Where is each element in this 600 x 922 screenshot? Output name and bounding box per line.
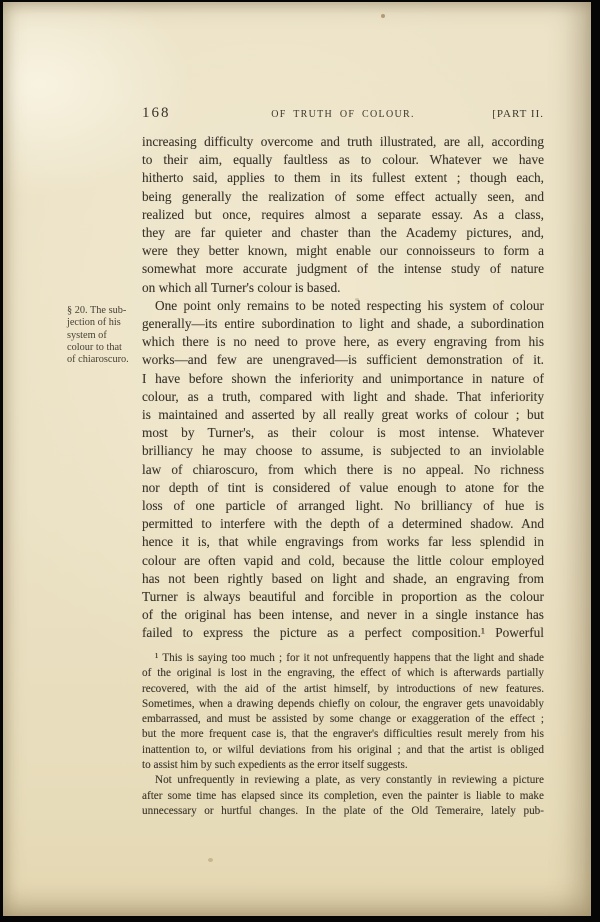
text-line: Sometimes, when a drawing depends chiefl… — [142, 697, 544, 712]
text-line: colour are often vapid and cold, because… — [142, 552, 544, 570]
body-text: increasing difficulty overcome and truth… — [142, 133, 544, 643]
text-line: to their aim, equally faultless as to co… — [142, 151, 544, 169]
running-title: OF TRUTH OF COLOUR. — [162, 109, 524, 120]
footnote-paragraph-1: ¹ This is saying too much ; for it not u… — [142, 651, 544, 773]
text-line: loss of one particle of arranged light. … — [142, 497, 544, 515]
text-line: being generally the realization of some … — [142, 188, 544, 206]
text-line: most by Turner's, as their colour is mos… — [142, 424, 544, 442]
text-line: has not been rightly based on light and … — [142, 570, 544, 588]
text-line: but the more frequent case is, that the … — [142, 727, 544, 742]
text-line: on which all Turner's colour is based. — [142, 279, 544, 297]
margin-note-line: of chiaroscuro. — [67, 354, 145, 366]
text-line: nor depth of tint is considered of value… — [142, 479, 544, 497]
text-line: unnecessary or hurtful changes. In the p… — [142, 804, 544, 819]
text-line: which there is no need to prove here, as… — [142, 333, 544, 351]
text-line: to assist him by such expedients as the … — [142, 758, 544, 773]
text-line: somewhat more accurate judgment of the i… — [142, 260, 544, 278]
margin-note-section-20: § 20. The sub-jection of hissystem ofcol… — [67, 305, 145, 366]
text-line: realized but once, requires almost a sep… — [142, 206, 544, 224]
text-line: failed to express the picture as a perfe… — [142, 624, 544, 642]
text-line: increasing difficulty overcome and truth… — [142, 133, 544, 151]
text-line: Not unfrequently in reviewing a plate, a… — [142, 773, 544, 788]
margin-note-line: colour to that — [67, 342, 145, 354]
margin-note-line: jection of his — [67, 317, 145, 329]
paper-speck — [381, 14, 385, 18]
scanned-book-page: { "page": { "colors": { "paper": "#ebe1c… — [0, 0, 600, 922]
margin-note-line: § 20. The sub- — [67, 305, 145, 317]
text-line: One point only remains to be noted respe… — [142, 297, 544, 315]
text-line: law of chiaroscuro, from which there is … — [142, 461, 544, 479]
text-line: Turner is always beautiful and forcible … — [142, 588, 544, 606]
page-header: 168 OF TRUTH OF COLOUR. [PART II. — [142, 105, 544, 123]
footnote: ¹ This is saying too much ; for it not u… — [142, 651, 544, 819]
footnote-paragraph-2: Not unfrequently in reviewing a plate, a… — [142, 773, 544, 819]
text-line: embarrassed, and must be assisted by som… — [142, 712, 544, 727]
text-line: colour, as a truth, compared with light … — [142, 388, 544, 406]
text-line: they are far quieter and chaster than th… — [142, 224, 544, 242]
margin-note-line: system of — [67, 330, 145, 342]
text-line: recovered, with the aid of the artist hi… — [142, 682, 544, 697]
text-line: after some time has elapsed since its co… — [142, 789, 544, 804]
paper: 168 OF TRUTH OF COLOUR. [PART II. § 20. … — [3, 2, 591, 916]
text-line: I have before shown the inferiority and … — [142, 370, 544, 388]
paragraph-section-20: One point only remains to be noted respe… — [142, 297, 544, 643]
text-line: generally—its entire subordination to li… — [142, 315, 544, 333]
text-line: brilliancy he may choose to assume, is s… — [142, 442, 544, 460]
text-line: is maintained and asserted by all really… — [142, 406, 544, 424]
text-line: ¹ This is saying too much ; for it not u… — [142, 651, 544, 666]
part-label: [PART II. — [492, 108, 544, 120]
paragraph-continuation: increasing difficulty overcome and truth… — [142, 133, 544, 297]
text-line: were they better known, might enable our… — [142, 242, 544, 260]
text-line: hitherto said, applies to them in its fu… — [142, 169, 544, 187]
text-line: of the original has been intense, and ne… — [142, 606, 544, 624]
text-line: inattention to, or wilful deviations fro… — [142, 743, 544, 758]
paper-speck — [208, 858, 213, 862]
text-line: hence it is, that while engravings from … — [142, 533, 544, 551]
text-line: of the original is lost in the engraving… — [142, 666, 544, 681]
text-line: works—and few are unengraved—is sufficie… — [142, 351, 544, 369]
text-line: permitted to interfere with the depth of… — [142, 515, 544, 533]
